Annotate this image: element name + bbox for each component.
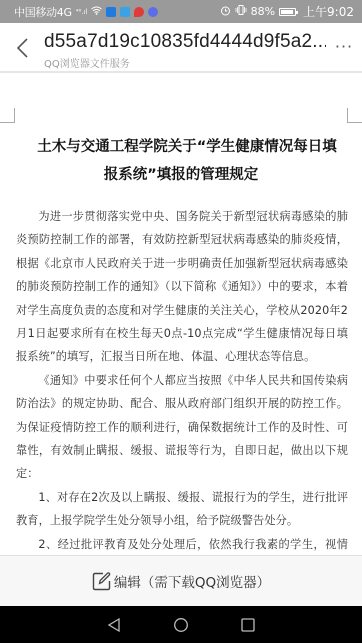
app-header: d55a7d19c10835fd4444d9f5a2... QQ浏览器文件服务 …	[0, 23, 362, 73]
app-notification-icon	[106, 7, 116, 17]
app-notification-icon	[120, 7, 130, 17]
circle-home-icon	[173, 617, 189, 633]
map-pin-notification-icon	[134, 7, 144, 17]
battery-icon	[279, 8, 296, 16]
edit-button[interactable]: 编辑（需下载QQ浏览器）	[92, 571, 270, 591]
wifi-icon	[91, 6, 102, 18]
status-right: 88% 上午9:02	[220, 3, 354, 20]
triangle-back-icon	[106, 617, 122, 633]
edit-bar: 编辑（需下载QQ浏览器）	[0, 555, 362, 606]
square-recents-icon	[240, 617, 256, 633]
battery-percent: 88%	[251, 5, 275, 18]
signal-icon: ⁴⁶.ıl	[76, 8, 88, 16]
paragraph: 1、对存在2次及以上瞒报、缓报、谎报行为的学生，进行批评教育，上报学院学生处分领…	[16, 486, 348, 533]
nav-back-button[interactable]	[105, 616, 123, 634]
nav-home-button[interactable]	[172, 616, 190, 634]
edit-button-label: 编辑（需下载QQ浏览器）	[114, 571, 270, 591]
paragraph: 为进一步贯彻落实党中央、国务院关于新型冠状病毒感染的肺炎预防控制工作的部署，有效…	[16, 205, 348, 369]
back-button[interactable]	[0, 23, 44, 73]
paragraph: 《通知》中要求任何个人都应当按照《中华人民共和国传染病防治法》的规定协助、配合、…	[16, 369, 348, 486]
carrier-label: 中国移动4G	[14, 4, 72, 20]
vibrate-icon	[235, 5, 247, 18]
nav-recents-button[interactable]	[239, 616, 257, 634]
document-viewer[interactable]: 土木与交通工程学院关于“学生健康情况每日填 报系统”填报的管理规定 为进一步贯彻…	[0, 75, 362, 555]
clock: 上午9:02	[303, 3, 354, 20]
document-title: 土木与交通工程学院关于“学生健康情况每日填 报系统”填报的管理规定	[0, 133, 362, 189]
document-title-line-2: 报系统”填报的管理规定	[104, 167, 259, 183]
document-body: 为进一步贯彻落实党中央、国务院关于新型冠状病毒感染的肺炎预防控制工作的部署，有效…	[16, 205, 348, 555]
system-nav-bar	[0, 606, 362, 643]
status-left: 中国移动4G ⁴⁶.ıl	[14, 4, 158, 20]
file-title: d55a7d19c10835fd4444d9f5a2...	[44, 31, 326, 53]
page-corner-mark-right	[347, 108, 362, 123]
edit-pencil-icon	[92, 571, 112, 591]
music-notification-icon	[148, 7, 158, 17]
more-options-button[interactable]: ···	[326, 23, 362, 73]
file-subtitle: QQ浏览器文件服务	[44, 55, 326, 70]
document-title-line-1: 土木与交通工程学院关于“学生健康情况每日填	[0, 133, 362, 161]
title-area: d55a7d19c10835fd4444d9f5a2... QQ浏览器文件服务	[44, 23, 326, 70]
alarm-icon	[220, 5, 231, 19]
page-corner-mark-left	[0, 108, 15, 123]
chevron-left-icon	[15, 37, 29, 59]
status-bar: 中国移动4G ⁴⁶.ıl 88% 上午9:02	[0, 0, 362, 23]
paragraph: 2、经过批评教育及处分处理后，依然我行我素的学生，视情节轻重，上报学校学生处分领…	[16, 533, 348, 555]
